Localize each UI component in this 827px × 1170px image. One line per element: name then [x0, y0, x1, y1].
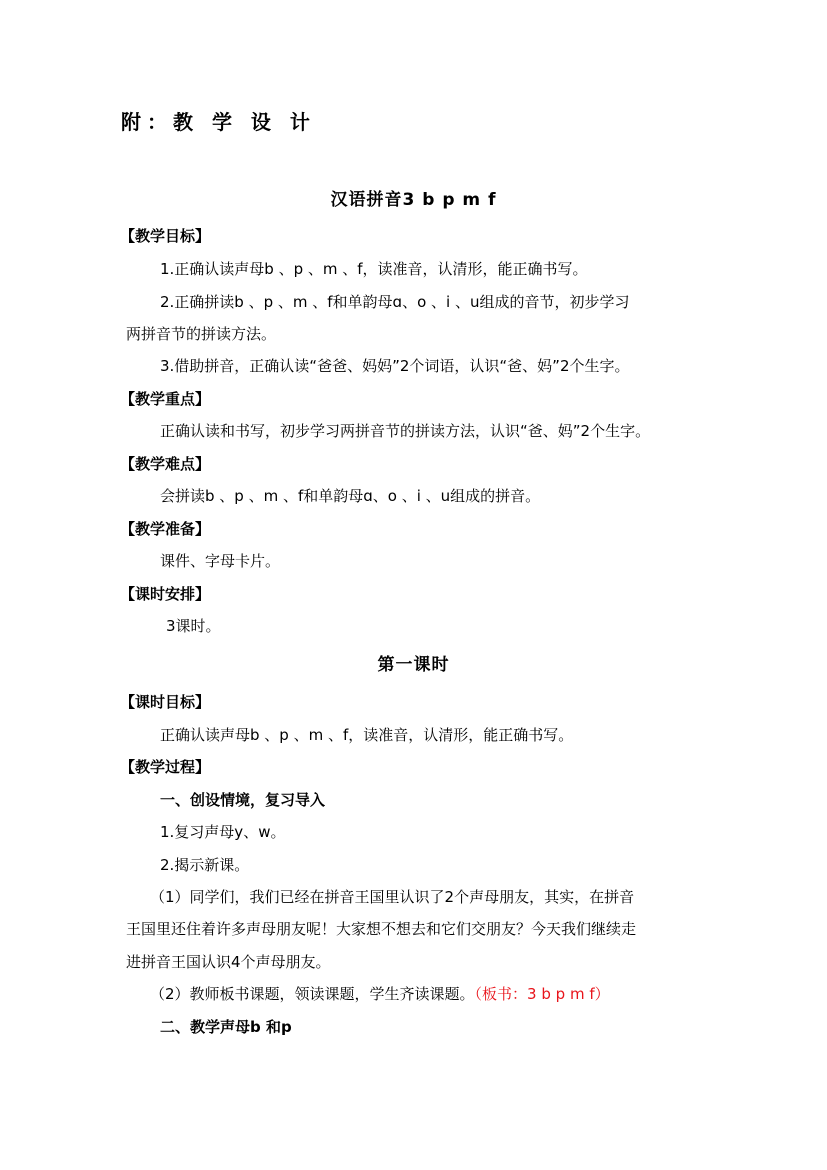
period-one-title: 第一课时 — [0, 655, 827, 675]
section-heading-schedule: 【课时安排】 — [120, 584, 210, 604]
appendix-title: 附：教 学 设 计 — [121, 110, 316, 134]
paragraph-2: （2）教师板书课题，领读课题，学生齐读课题。（板书：3 b p m f） — [150, 984, 610, 1004]
paragraph-1-line-2: 王国里还住着许多声母朋友呢！大家想不想去和它们交朋友？今天我们继续走 — [126, 919, 636, 939]
section-heading-process: 【教学过程】 — [120, 757, 210, 777]
step-one-title: 一、创设情境，复习导入 — [160, 790, 325, 810]
section-heading-period-goal: 【课时目标】 — [120, 692, 210, 712]
lesson-title: 汉语拼音3 b p m f — [0, 190, 827, 210]
goal-item-2-cont: 两拼音节的拼读方法。 — [126, 324, 276, 344]
step-one-item-1: 1.复习声母y、w。 — [160, 822, 285, 842]
preparation-text: 课件、字母卡片。 — [160, 551, 280, 571]
paragraph-1-line-3: 进拼音王国认识4个声母朋友。 — [126, 952, 331, 972]
paragraph-1-line-1: （1）同学们，我们已经在拼音王国里认识了2个声母朋友，其实，在拼音 — [150, 887, 634, 907]
section-heading-difficulties: 【教学难点】 — [120, 454, 210, 474]
blackboard-note: （板书：3 b p m f） — [475, 985, 610, 1003]
section-heading-key-points: 【教学重点】 — [120, 389, 210, 409]
paragraph-2-text: （2）教师板书课题，领读课题，学生齐读课题。 — [150, 985, 475, 1003]
step-two-title: 二、教学声母b 和p — [160, 1017, 292, 1037]
section-heading-teaching-goals: 【教学目标】 — [120, 226, 210, 246]
key-points-text: 正确认读和书写，初步学习两拼音节的拼读方法，认识“爸、妈”2个生字。 — [160, 421, 650, 441]
schedule-text: 3课时。 — [166, 616, 221, 636]
section-heading-preparation: 【教学准备】 — [120, 519, 210, 539]
goal-item-2: 2.正确拼读b 、p 、m 、f和单韵母ɑ、o 、i 、u组成的音节，初步学习 — [160, 292, 629, 312]
step-one-item-2: 2.揭示新课。 — [160, 855, 249, 875]
period-goal-text: 正确认读声母b 、p 、m 、f，读准音，认清形，能正确书写。 — [160, 725, 573, 745]
goal-item-1: 1.正确认读声母b 、p 、m 、f，读准音，认清形，能正确书写。 — [160, 259, 588, 279]
goal-item-3: 3.借助拼音，正确认读“爸爸、妈妈”2个词语，认识“爸、妈”2个生字。 — [160, 356, 630, 376]
difficulties-text: 会拼读b 、p 、m 、f和单韵母ɑ、o 、i 、u组成的拼音。 — [160, 486, 540, 506]
document-page: 附：教 学 设 计 汉语拼音3 b p m f 【教学目标】 1.正确认读声母b… — [0, 0, 827, 1170]
